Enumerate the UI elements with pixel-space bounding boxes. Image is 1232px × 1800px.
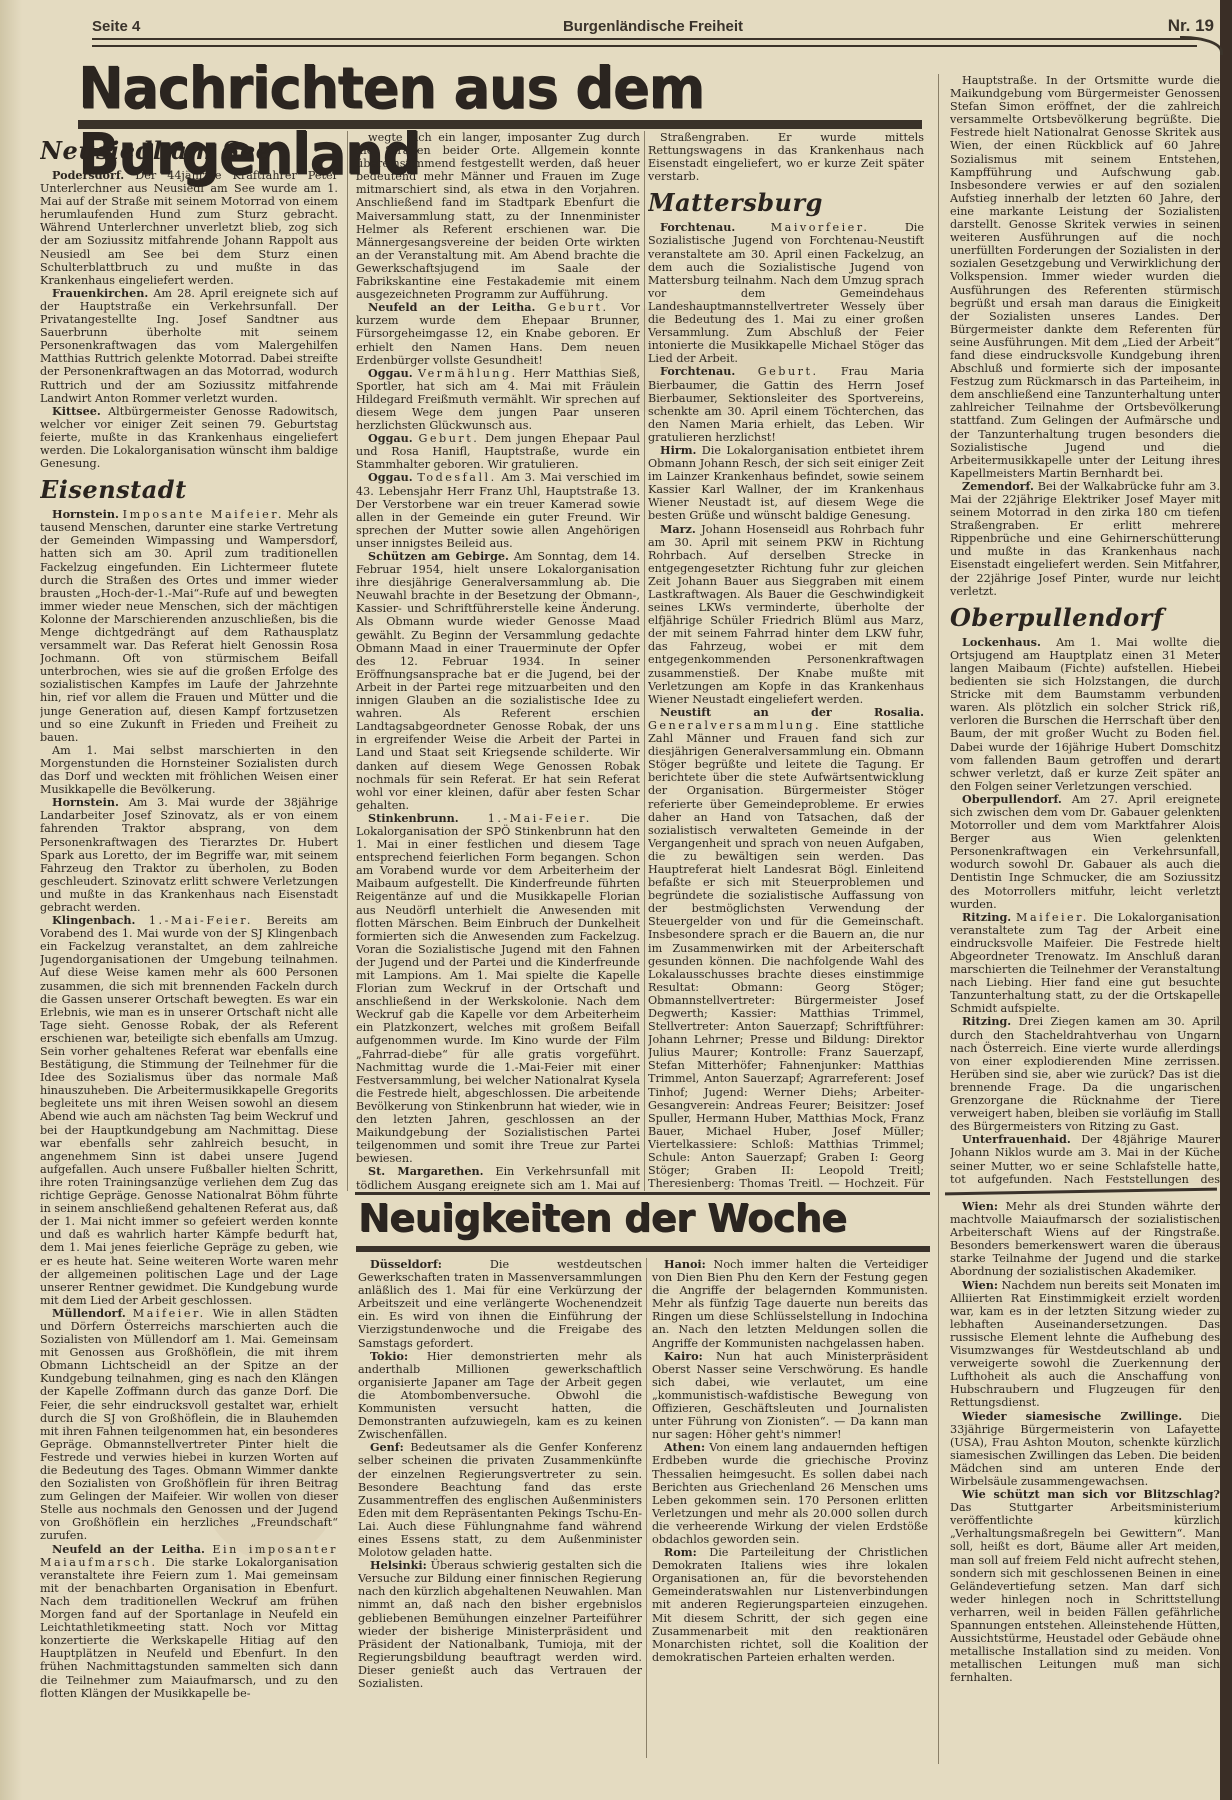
article-kicker: Generalversammlung. bbox=[648, 719, 821, 732]
article-dateline: Oggau. bbox=[368, 431, 413, 445]
article-body: Nachdem nun bereits seit Monaten im Alli… bbox=[950, 1279, 1220, 1410]
article-paragraph: Athen: Von einem lang andauernden heftig… bbox=[652, 1441, 928, 1546]
article-dateline: Düsseldorf: bbox=[370, 1258, 442, 1271]
article-paragraph: Müllendorf. Maifeier. Wie in allen Städt… bbox=[40, 1307, 338, 1543]
article-body: Hauptstraße. In der Ortsmitte wurde die … bbox=[950, 74, 1220, 480]
article-kicker: Maifeier. bbox=[133, 1307, 206, 1320]
article-dateline: Helsinki: bbox=[370, 1558, 427, 1572]
article-dateline: Hirm. bbox=[660, 443, 696, 457]
article-dateline: Lockenhaus. bbox=[962, 635, 1041, 649]
article-paragraph: Am 1. Mai selbst marschierten in den Mor… bbox=[40, 744, 338, 796]
article-paragraph: Oggau. Vermählung. Herr Matthias Sieß, S… bbox=[356, 367, 640, 432]
article-dateline: Wieder siamesische Zwillinge. bbox=[962, 1409, 1182, 1423]
article-dateline: Ritzing. bbox=[962, 910, 1011, 924]
section-rule bbox=[355, 1192, 930, 1195]
article-dateline: Wie schützt man sich vor Blitzschlag? bbox=[962, 1487, 1220, 1501]
article-paragraph: Neustift an der Rosalia. Generalversamml… bbox=[648, 706, 924, 1191]
article-body: Eine stattliche Zahl Männer und Frauen f… bbox=[648, 719, 924, 1191]
article-paragraph: Wieder siamesische Zwillinge. Die 33jähr… bbox=[950, 1410, 1220, 1489]
article-paragraph: Schützen am Gebirge. Am Sonntag, dem 14.… bbox=[356, 550, 640, 812]
article-kicker: Todesfall. bbox=[417, 471, 496, 484]
article-kicker: 1.-Mai-Feier. bbox=[149, 914, 253, 927]
article-dateline: Neufeld an der Leitha. bbox=[368, 300, 535, 314]
headline-rule bbox=[78, 120, 922, 129]
article-kicker: Geburt. bbox=[548, 301, 609, 314]
article-dateline: Athen: bbox=[664, 1440, 705, 1454]
mattersburg-articles: Forchtenau. Maivorfeier. Die Sozialistis… bbox=[648, 221, 924, 1191]
column-1: Neusiedl am See Podersdorf. Der 44jährig… bbox=[40, 131, 338, 1796]
article-paragraph: Oggau. Todesfall. Am 3. Mai verschied im… bbox=[356, 471, 640, 550]
article-dateline: Neustift an der Rosalia. bbox=[660, 705, 924, 719]
article-paragraph: Genf: Bedeutsamer als die Genfer Konfere… bbox=[358, 1441, 642, 1559]
article-body: Hier demonstrierten mehr als anderthalb … bbox=[358, 1350, 642, 1442]
article-paragraph: Oggau. Geburt. Dem jungen Ehepaar Paul u… bbox=[356, 432, 640, 471]
article-dateline: Neufeld an der Leitha. bbox=[52, 1542, 205, 1556]
issue-number: Nr. 19 bbox=[1168, 16, 1214, 36]
article-kicker: Vermählung. bbox=[418, 367, 518, 380]
article-dateline: Oggau. bbox=[368, 366, 413, 380]
article-body: Johann Hosenseidl aus Rohrbach fuhr am 3… bbox=[648, 523, 924, 706]
article-body: Mehr als tausend Menschen, darunter eine… bbox=[40, 508, 338, 744]
article-dateline: Kittsee. bbox=[52, 404, 101, 418]
article-dateline: Oggau. bbox=[368, 470, 413, 484]
article-paragraph: Rom: Die Parteileitung der Christlichen … bbox=[652, 1546, 928, 1664]
article-paragraph: Ritzing. Maifeier. Die Lokalorganisation… bbox=[950, 911, 1220, 1016]
column-3-articles: Straßengraben. Er wurde mittels Rettungs… bbox=[648, 131, 924, 183]
article-body: Am 3. Mai wurde der 38jährige Landarbeit… bbox=[40, 796, 338, 914]
article-body: Straßengraben. Er wurde mittels Rettungs… bbox=[648, 131, 924, 183]
oberpullendorf-articles: Lockenhaus. Am 1. Mai wollte die Ortsjug… bbox=[950, 636, 1220, 1186]
week-news-column-1: Düsseldorf: Die westdeutschen Gewerkscha… bbox=[358, 1258, 642, 1778]
article-kicker: Maivorfeier. bbox=[771, 221, 870, 234]
article-body: Die Parteileitung der Christlichen Demok… bbox=[652, 1546, 928, 1664]
article-paragraph: Tokio: Hier demonstrierten mehr als ande… bbox=[358, 1350, 642, 1442]
article-dateline: Schützen am Gebirge. bbox=[368, 549, 509, 563]
article-body: Am 27. April ereignete sich zwischen dem… bbox=[950, 793, 1220, 911]
article-dateline: Hornstein. bbox=[52, 507, 119, 521]
article-body: Am 28. April ereignete sich auf der Haup… bbox=[40, 287, 338, 405]
article-dateline: Forchtenau. bbox=[660, 364, 735, 378]
article-body: Die Lokalorganisation der SPÖ Stinkenbru… bbox=[356, 812, 640, 1165]
article-paragraph: Wien: Nachdem nun bereits seit Monaten i… bbox=[950, 1279, 1220, 1410]
article-paragraph: Wie schützt man sich vor Blitzschlag? Da… bbox=[950, 1488, 1220, 1684]
column-4-articles: Hauptstraße. In der Ortsmitte wurde die … bbox=[950, 74, 1220, 598]
article-paragraph: Marz. Johann Hosenseidl aus Rohrbach fuh… bbox=[648, 523, 924, 706]
article-body: Von einem lang andauernden heftigen Erdb… bbox=[652, 1441, 928, 1546]
week-news-articles-1: Düsseldorf: Die westdeutschen Gewerkscha… bbox=[358, 1258, 642, 1690]
section-title-mattersburg: Mattersburg bbox=[648, 189, 924, 217]
week-news-column-3: Wien: Mehr als drei Stunden währte der m… bbox=[950, 1200, 1220, 1760]
article-body: Noch immer halten die Verteidiger von Di… bbox=[652, 1258, 928, 1350]
article-kicker: Geburt. bbox=[758, 365, 819, 378]
article-dateline: Klingenbach. bbox=[52, 913, 135, 927]
article-body: Der 44jährige Kraftfahrer Peter Unterler… bbox=[40, 169, 338, 287]
section-title-neusiedl: Neusiedl am See bbox=[40, 137, 338, 165]
article-paragraph: Hornstein. Am 3. Mai wurde der 38jährige… bbox=[40, 796, 338, 914]
article-dateline: Frauenkirchen. bbox=[52, 286, 148, 300]
article-dateline: Oberpullendorf. bbox=[962, 792, 1062, 806]
article-kicker: Maifeier. bbox=[1016, 911, 1089, 924]
column-3: Straßengraben. Er wurde mittels Rettungs… bbox=[648, 131, 924, 1191]
article-body: Wie in allen Städten und Dörfern Österre… bbox=[40, 1307, 338, 1543]
column-divider bbox=[938, 74, 939, 1764]
article-paragraph: wegte sich ein langer, imposanter Zug du… bbox=[356, 131, 640, 301]
article-body: Bei der Walkabrücke fuhr am 3. Mai der 2… bbox=[950, 480, 1220, 598]
article-dateline: Tokio: bbox=[370, 1349, 408, 1363]
masthead: Seite 4 Burgenländische Freiheit Nr. 19 bbox=[92, 14, 1214, 38]
article-paragraph: Hornstein. Imposante Maifeier. Mehr als … bbox=[40, 508, 338, 744]
page-edge-shadow bbox=[0, 0, 22, 1800]
article-paragraph: St. Margarethen. Ein Verkehrsunfall mit … bbox=[356, 1165, 640, 1191]
column-4: Hauptstraße. In der Ortsmitte wurde die … bbox=[950, 74, 1220, 1186]
neusiedl-articles: Podersdorf. Der 44jährige Kraftfahrer Pe… bbox=[40, 169, 338, 470]
section-title-eisenstadt: Eisenstadt bbox=[40, 476, 338, 504]
article-dateline: Genf: bbox=[370, 1440, 404, 1454]
article-paragraph: Lockenhaus. Am 1. Mai wollte die Ortsjug… bbox=[950, 636, 1220, 793]
column-divider bbox=[347, 131, 348, 1191]
article-body: wegte sich ein langer, imposanter Zug du… bbox=[356, 131, 640, 301]
article-dateline: Unterfrauenhaid. bbox=[962, 1132, 1071, 1146]
article-body: Die Sozialistische Jugend von Forchtenau… bbox=[648, 221, 924, 365]
article-kicker: 1.-Mai-Feier. bbox=[488, 812, 592, 825]
article-paragraph: Ritzing. Drei Ziegen kamen am 30. April … bbox=[950, 1015, 1220, 1133]
article-paragraph: Hanoi: Noch immer halten die Verteidiger… bbox=[652, 1258, 928, 1350]
week-news-articles-2: Hanoi: Noch immer halten die Verteidiger… bbox=[652, 1258, 928, 1664]
article-dateline: Marz. bbox=[660, 522, 696, 536]
article-paragraph: Klingenbach. 1.-Mai-Feier. Bereits am Vo… bbox=[40, 914, 338, 1307]
article-body: Nun hat auch Ministerpräsident Oberst Na… bbox=[652, 1350, 928, 1442]
article-paragraph: Neufeld an der Leitha. Geburt. Vor kurze… bbox=[356, 301, 640, 366]
article-body: Am 1. Mai selbst marschierten in den Mor… bbox=[40, 744, 338, 796]
article-body: Drei Ziegen kamen am 30. April durch den… bbox=[950, 1015, 1220, 1133]
article-dateline: Hanoi: bbox=[664, 1258, 706, 1271]
article-dateline: Müllendorf. bbox=[52, 1306, 126, 1320]
column-divider bbox=[646, 1258, 647, 1758]
article-paragraph: Hauptstraße. In der Ortsmitte wurde die … bbox=[950, 74, 1220, 480]
article-body: Die westdeutschen Gewerkschaften traten … bbox=[358, 1258, 642, 1350]
article-dateline: Wien: bbox=[962, 1278, 998, 1292]
article-body: Am 1. Mai wollte die Ortsjugend am Haupt… bbox=[950, 636, 1220, 793]
article-dateline: Hornstein. bbox=[52, 795, 119, 809]
article-body: Die starke Lokalorganisation veranstalte… bbox=[40, 1556, 338, 1700]
article-body: Die Lokalorganisation veranstaltete zum … bbox=[950, 911, 1220, 1016]
article-paragraph: Kittsee. Altbürgermeister Genosse Radowi… bbox=[40, 405, 338, 470]
section-title-oberpullendorf: Oberpullendorf bbox=[950, 604, 1220, 632]
article-paragraph: Frauenkirchen. Am 28. April ereignete si… bbox=[40, 287, 338, 405]
article-paragraph: Hirm. Die Lokalorganisation entbietet ih… bbox=[648, 444, 924, 523]
column-2-articles: wegte sich ein langer, imposanter Zug du… bbox=[356, 131, 640, 1191]
article-body: Überaus schwierig gestalten sich die Ver… bbox=[358, 1559, 642, 1690]
article-paragraph: Forchtenau. Maivorfeier. Die Sozialistis… bbox=[648, 221, 924, 365]
section-rule bbox=[945, 1188, 1217, 1196]
article-dateline: Ritzing. bbox=[962, 1014, 1011, 1028]
week-news-headline: Neuigkeiten der Woche bbox=[358, 1196, 918, 1240]
article-dateline: Stinkenbrunn. bbox=[368, 811, 459, 825]
article-body: Das Stuttgarter Arbeitsministerium veröf… bbox=[950, 1501, 1220, 1684]
article-dateline: Rom: bbox=[664, 1545, 697, 1559]
article-dateline: Kairo: bbox=[664, 1349, 703, 1363]
masthead-rule-curve bbox=[1180, 36, 1223, 55]
newspaper-name: Burgenländische Freiheit bbox=[92, 18, 1214, 35]
article-paragraph: Düsseldorf: Die westdeutschen Gewerkscha… bbox=[358, 1258, 642, 1350]
article-paragraph: Oberpullendorf. Am 27. April ereignete s… bbox=[950, 793, 1220, 911]
article-paragraph: Neufeld an der Leitha. Ein imposanter Ma… bbox=[40, 1543, 338, 1700]
masthead-rule bbox=[92, 38, 1197, 47]
week-news-column-2: Hanoi: Noch immer halten die Verteidiger… bbox=[652, 1258, 928, 1778]
article-paragraph: Stinkenbrunn. 1.-Mai-Feier. Die Lokalorg… bbox=[356, 812, 640, 1166]
article-kicker: Geburt. bbox=[419, 432, 480, 445]
article-dateline: Forchtenau. bbox=[660, 220, 735, 234]
article-paragraph: Unterfrauenhaid. Der 48jährige Maurer Jo… bbox=[950, 1133, 1220, 1186]
column-divider bbox=[644, 131, 645, 1191]
eisenstadt-articles: Hornstein. Imposante Maifeier. Mehr als … bbox=[40, 508, 338, 1700]
article-body: Am Sonntag, dem 14. Februar 1954, hielt … bbox=[356, 550, 640, 812]
article-paragraph: Zemendorf. Bei der Walkabrücke fuhr am 3… bbox=[950, 480, 1220, 598]
article-paragraph: Podersdorf. Der 44jährige Kraftfahrer Pe… bbox=[40, 169, 338, 287]
article-paragraph: Straßengraben. Er wurde mittels Rettungs… bbox=[648, 131, 924, 183]
column-2: wegte sich ein langer, imposanter Zug du… bbox=[356, 131, 640, 1191]
article-body: Bedeutsamer als die Genfer Konferenz sel… bbox=[358, 1441, 642, 1559]
article-body: Bereits am Vorabend des 1. Mai wurde von… bbox=[40, 914, 338, 1307]
article-dateline: Podersdorf. bbox=[52, 168, 124, 182]
binding-edge bbox=[1220, 0, 1232, 1800]
article-dateline: Wien: bbox=[962, 1200, 998, 1213]
article-paragraph: Wien: Mehr als drei Stunden währte der m… bbox=[950, 1200, 1220, 1279]
article-dateline: Zemendorf. bbox=[962, 479, 1034, 493]
article-dateline: St. Margarethen. bbox=[368, 1164, 483, 1178]
article-paragraph: Forchtenau. Geburt. Frau Maria Bierbaume… bbox=[648, 365, 924, 444]
week-news-rule bbox=[356, 1246, 930, 1252]
article-paragraph: Helsinki: Überaus schwierig gestalten si… bbox=[358, 1559, 642, 1690]
article-kicker: Imposante Maifeier. bbox=[123, 508, 284, 521]
week-news-articles-3: Wien: Mehr als drei Stunden währte der m… bbox=[950, 1200, 1220, 1684]
article-paragraph: Kairo: Nun hat auch Ministerpräsident Ob… bbox=[652, 1350, 928, 1442]
